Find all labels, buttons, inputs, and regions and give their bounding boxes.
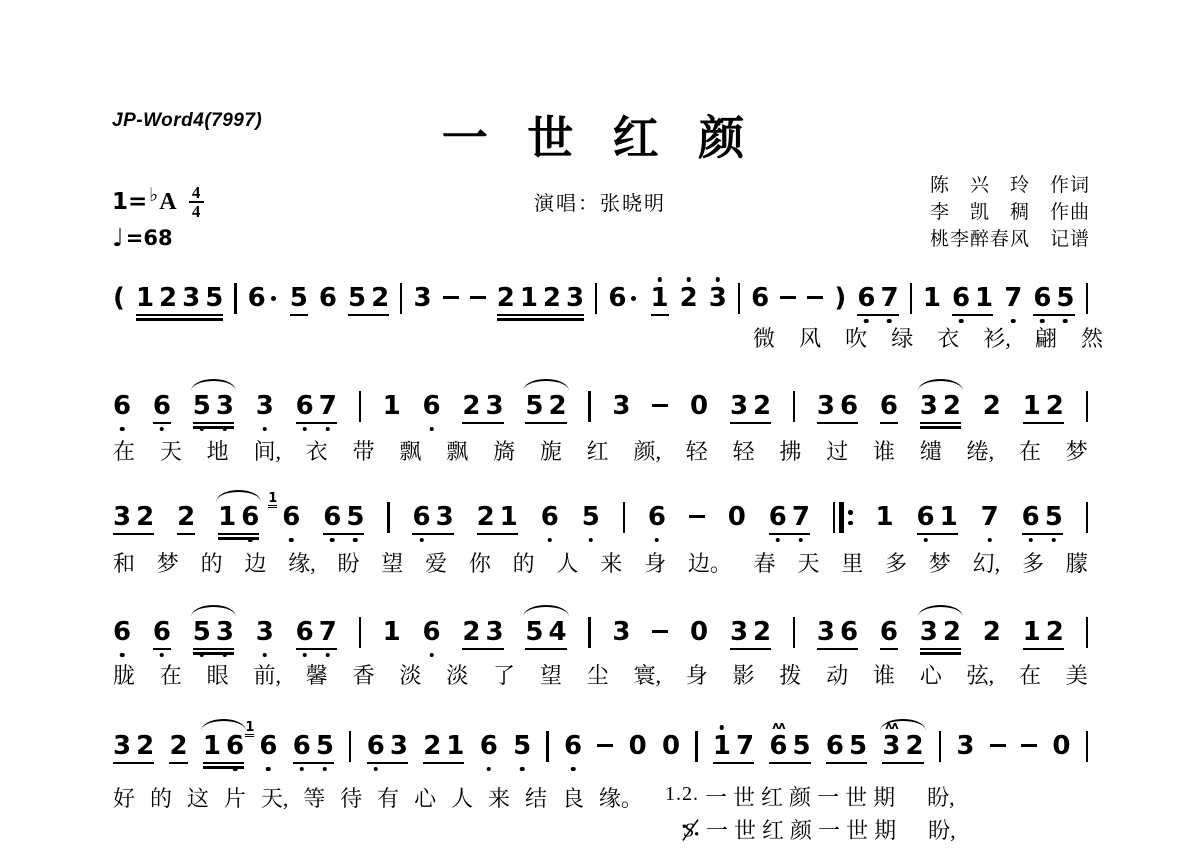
lyric-syllable: 拂 — [779, 435, 801, 466]
note: 1 — [446, 733, 464, 759]
note-group: 6 — [153, 383, 171, 433]
note-group: 0 — [1052, 723, 1070, 773]
note-group: 61 — [259, 723, 277, 773]
barline — [387, 502, 389, 533]
beam-line — [323, 533, 364, 535]
note: 1 — [975, 285, 993, 311]
beam-line — [880, 648, 898, 650]
note: 2 — [177, 504, 195, 530]
lyric-syllable: 结 — [525, 782, 547, 813]
lyric-syllable: 间, — [253, 435, 281, 466]
system-line-3: 3221661656321656067161765和梦的边缘,盼望爱你的人来身边… — [113, 494, 1088, 544]
lyric-syllable: 前, — [253, 659, 281, 690]
barline — [910, 283, 912, 314]
barline — [1086, 283, 1088, 314]
lyric-syllable: 身 — [644, 547, 666, 578]
lyric-syllable: 红 — [587, 435, 609, 466]
lyricist-credit: 陈 兴 玲 作词 — [930, 172, 1090, 199]
note: 6 — [880, 619, 898, 645]
mordent-icon: ʌʌ — [772, 721, 784, 731]
note-group: 54 — [525, 609, 566, 659]
lyric-syllable: 梦 — [157, 547, 179, 578]
note-group: 32 — [113, 494, 154, 544]
key-signature: 1=♭A 4 4 — [112, 186, 204, 218]
barline — [546, 731, 548, 762]
lyric-syllable: 片 — [224, 782, 246, 813]
note-group: 53 — [193, 609, 234, 659]
octave-dot-below — [923, 538, 928, 543]
lyric-syllable: 待 — [340, 782, 362, 813]
beam-line — [296, 648, 337, 650]
note-group: 5 — [290, 275, 308, 325]
note-group: 61 — [952, 275, 993, 325]
meter-denominator: 4 — [192, 205, 201, 218]
note: 0 — [629, 733, 647, 759]
lyric-syllable: 衣 — [306, 435, 328, 466]
note: 6 — [840, 393, 858, 419]
note: 1 — [383, 619, 401, 645]
time-signature: 4 4 — [189, 186, 204, 218]
lyric-syllable: 拨 — [779, 659, 801, 690]
note-group: 17 — [713, 723, 754, 773]
barline — [1086, 391, 1088, 422]
note: 2 — [943, 393, 961, 419]
octave-dot-below — [330, 538, 335, 543]
beam-line — [1023, 648, 1064, 650]
lyric-syllable: 尘 — [587, 659, 609, 690]
octave-dot-below — [353, 538, 358, 543]
dash — [807, 296, 823, 299]
note-group: 6 — [480, 723, 498, 773]
meter-numerator: 4 — [192, 186, 201, 199]
lyric-syllable: 春 — [754, 547, 776, 578]
note-group: 6 — [880, 383, 898, 433]
beam-line — [177, 533, 195, 535]
octave-dot-above — [716, 277, 721, 282]
lyric-syllable: 衣 — [937, 322, 959, 353]
note-group: 67 — [769, 494, 810, 544]
lyric-syllable: 飘 — [399, 435, 421, 466]
lyric-syllable: 心 — [920, 659, 942, 690]
note-row: 6653367162352303236632212 — [113, 383, 1088, 433]
note-group: 1 — [651, 275, 669, 325]
lyric-syllable: 地 — [207, 435, 229, 466]
note-group: 0 — [662, 723, 680, 773]
note: 2 — [477, 504, 495, 530]
note: 6 — [480, 733, 498, 759]
note: 5 — [1056, 285, 1074, 311]
lyric-syllable: 微 — [753, 322, 775, 353]
beam-line-2 — [193, 652, 234, 654]
note: 6 — [1033, 285, 1051, 311]
note: 3 — [956, 733, 974, 759]
beam-line-2 — [136, 318, 223, 320]
slur-arc — [191, 605, 236, 617]
beam-line — [651, 314, 669, 316]
note: 6 — [367, 733, 385, 759]
lyric-syllable: 天, — [261, 782, 289, 813]
note-group: 6 — [423, 609, 441, 659]
note-group: 1 — [383, 383, 401, 433]
note: 6 — [952, 285, 970, 311]
note-group: 65 — [826, 723, 867, 773]
note-group: 0 — [690, 609, 708, 659]
octave-dot-below — [776, 538, 781, 543]
beam-line — [412, 533, 453, 535]
lyric-syllable: 多 — [1022, 547, 1044, 578]
beam-line — [769, 762, 810, 764]
barline — [695, 731, 697, 762]
note: 5 — [346, 504, 364, 530]
note-group: 23 — [462, 383, 503, 433]
note: 6 — [423, 619, 441, 645]
barline — [359, 391, 361, 422]
note: 4 — [548, 619, 566, 645]
barline — [793, 391, 795, 422]
note: 1 — [218, 504, 236, 530]
note: 6 — [412, 504, 430, 530]
note-row: 6653367162354303236632212 — [113, 609, 1088, 659]
dash — [597, 744, 613, 747]
dash — [1021, 744, 1037, 747]
note-group: 63 — [412, 494, 453, 544]
note-group: 7 — [1004, 275, 1022, 325]
lyric-syllable: 在 — [1019, 435, 1041, 466]
lyric-syllable: 影 — [733, 659, 755, 690]
lyric-syllable: 动 — [826, 659, 848, 690]
lyric-row: 在天地间,衣带飘飘旖旎红颜,轻轻拂过谁缱绻,在梦 — [113, 435, 1088, 466]
lyric-syllable: 来 — [488, 782, 510, 813]
note-group: 6 — [153, 609, 171, 659]
lyric-syllable: 有 — [377, 782, 399, 813]
beam-line — [367, 762, 408, 764]
beam-line — [290, 314, 308, 316]
note: 3 — [730, 393, 748, 419]
beam-line — [917, 533, 958, 535]
note-group: 6 — [648, 494, 666, 544]
beam-line — [880, 422, 898, 424]
note-group: 2123 — [497, 275, 584, 325]
note: 2 — [548, 393, 566, 419]
lyric-syllable: 良 — [562, 782, 584, 813]
dash-note — [780, 275, 796, 313]
beam-line-2 — [193, 426, 234, 428]
note: 6 — [1022, 504, 1040, 530]
octave-dot-below — [289, 538, 294, 543]
barline — [939, 731, 941, 762]
lyric-syllable: 寰, — [633, 659, 661, 690]
beam-line — [817, 422, 858, 424]
lyric-syllable: 的 — [150, 782, 172, 813]
note: 1 — [500, 504, 518, 530]
note-group: 65 — [323, 494, 364, 544]
lyric-row: 微风吹绿衣衫,翩然 — [753, 322, 1103, 353]
lyric-syllable: 爱 — [425, 547, 447, 578]
note: 1 — [713, 733, 731, 759]
note: 3 — [436, 504, 454, 530]
note: 5 — [193, 393, 211, 419]
lyric-syllable: 世 — [733, 781, 755, 812]
note: 3 — [256, 393, 274, 419]
beam-line — [296, 422, 337, 424]
repeat-thick-bar — [839, 502, 844, 533]
octave-dot-below — [987, 538, 992, 543]
note: 1 — [1023, 393, 1041, 419]
note: 2 — [159, 285, 177, 311]
octave-dot-below — [326, 427, 331, 432]
note-group: 63 — [367, 723, 408, 773]
octave-dot-above — [657, 277, 662, 282]
note: 3 — [817, 393, 835, 419]
note: 3 — [216, 393, 234, 419]
lyric-syllable: 望 — [381, 547, 403, 578]
system-line-5: 322166165632165600176ʌʌ5653ʌʌ230好的这片天,等待… — [113, 723, 1088, 773]
note-group: 53 — [193, 383, 234, 433]
note: 5 — [513, 733, 531, 759]
note-group: 6 — [608, 275, 639, 325]
lyric-syllable: 吹 — [845, 322, 867, 353]
lyric-syllable: 旖 — [493, 435, 515, 466]
note: 1 — [520, 285, 538, 311]
dash — [652, 404, 668, 407]
note-group: 6 — [541, 494, 559, 544]
octave-dot-below — [589, 538, 594, 543]
beam-line — [882, 762, 923, 764]
note: 2 — [371, 285, 389, 311]
paren-char: ) — [834, 285, 846, 311]
lyric-syllable: 的 — [513, 547, 535, 578]
note-group: 2 — [983, 609, 1001, 659]
note: 2 — [169, 733, 187, 759]
note: 6ʌʌ — [769, 733, 787, 759]
note: 6 — [293, 733, 311, 759]
octave-dot-below — [120, 653, 125, 658]
note-group: 1 — [383, 609, 401, 659]
note: 2 — [905, 733, 923, 759]
octave-dot-below — [571, 767, 576, 772]
note: 6 — [323, 504, 341, 530]
dash — [443, 296, 459, 299]
lyric-syllable: 谁 — [873, 435, 895, 466]
octave-dot-below — [302, 427, 307, 432]
note: 5 — [525, 393, 543, 419]
lyric-row: 好的这片天,等待有心人来结良缘。 — [113, 782, 643, 813]
octave-dot-below — [1052, 538, 1057, 543]
lyric-syllable: 轻 — [686, 435, 708, 466]
note-group: 0 — [728, 494, 746, 544]
tempo-marking: ♩ =68 — [112, 226, 173, 250]
system-line-4: 6653367162354303236632212胧在眼前,馨香淡淡了望尘寰,身… — [113, 609, 1088, 659]
octave-dot-below — [374, 767, 379, 772]
note: 3 — [612, 619, 630, 645]
lyric-syllable: 梦 — [929, 547, 951, 578]
lyric-row: S一世红颜一世期盼, — [681, 814, 1025, 845]
beam-line-2 — [497, 318, 584, 320]
augmentation-dot — [631, 285, 639, 311]
note: 0 — [690, 393, 708, 419]
barline — [1086, 502, 1088, 533]
note: 1 — [923, 285, 941, 311]
verse-label: 1.2. — [665, 781, 699, 812]
octave-dot-below — [302, 653, 307, 658]
note: 3 — [920, 393, 938, 419]
note-group: 36 — [817, 383, 858, 433]
octave-dot-below — [486, 767, 491, 772]
slur-arc — [918, 605, 963, 617]
note: 2 — [462, 393, 480, 419]
lyric-syllable: 边 — [244, 547, 266, 578]
note: 1 — [651, 285, 669, 311]
sheet-music-page: JP-Word4(7997) 一 世 红 颜 演唱：张晓明 陈 兴 玲 作词 李… — [0, 0, 1200, 850]
lyric-syllable: 边。 — [688, 547, 732, 578]
note: 6 — [423, 393, 441, 419]
beam-line — [423, 762, 464, 764]
lyric-syllable: 在 — [1019, 659, 1041, 690]
note-group: 36 — [817, 609, 858, 659]
note: 3 — [216, 619, 234, 645]
note: 6 — [153, 619, 171, 645]
note: 1 — [136, 285, 154, 311]
note: 1 — [203, 733, 221, 759]
note-group: 7 — [981, 494, 999, 544]
slur-arc — [523, 379, 568, 391]
note: 6 — [296, 619, 314, 645]
note: 2 — [136, 504, 154, 530]
note: 3 — [612, 393, 630, 419]
beam-line — [730, 648, 771, 650]
note-group: 3 — [612, 609, 630, 659]
dash — [990, 744, 1006, 747]
beam-line — [920, 648, 961, 650]
beam-line-2 — [920, 652, 961, 654]
barline — [588, 391, 590, 422]
note: 3 — [390, 733, 408, 759]
note: 5 — [792, 733, 810, 759]
barline — [1086, 617, 1088, 648]
dash-note — [652, 383, 668, 421]
note: 2 — [462, 619, 480, 645]
note: 6 — [857, 285, 875, 311]
note: 6 — [113, 619, 131, 645]
quarter-note-icon: ♩ — [112, 228, 124, 248]
beam-line — [203, 762, 244, 764]
lyric-syllable: 缱 — [920, 435, 942, 466]
barline — [400, 283, 402, 314]
note: 6 — [751, 285, 769, 311]
lyric-syllable: 香 — [353, 659, 375, 690]
note: 6 — [917, 504, 935, 530]
beam-line — [525, 648, 566, 650]
note-group: 3 — [413, 275, 431, 325]
octave-dot-below — [655, 538, 660, 543]
note-group: 12 — [1023, 609, 1064, 659]
lyric-syllable: 盼, — [927, 781, 955, 812]
lyric-syllable: 弦, — [967, 659, 995, 690]
note-group: 2 — [680, 275, 698, 325]
note: 7 — [319, 393, 337, 419]
lyric-syllable: 轻 — [733, 435, 755, 466]
note-group: 6 — [751, 275, 769, 325]
note: 5 — [582, 504, 600, 530]
note-group: 32 — [730, 609, 771, 659]
note: 5 — [316, 733, 334, 759]
note: 2 — [136, 733, 154, 759]
lyric-syllable: 馨 — [306, 659, 328, 690]
note-group: 1235 — [136, 275, 223, 325]
note: 2 — [680, 285, 698, 311]
note: 5 — [849, 733, 867, 759]
note: 2 — [497, 285, 515, 311]
beam-line — [1023, 422, 1064, 424]
beam-line — [769, 533, 810, 535]
lyric-syllable: 一 — [817, 781, 839, 812]
barline — [793, 617, 795, 648]
beam-line — [136, 314, 223, 316]
note: 6 — [880, 393, 898, 419]
lyric-syllable: 盼 — [337, 547, 359, 578]
dash-note — [1021, 723, 1037, 761]
note: 3 — [256, 619, 274, 645]
note-group: 6 — [113, 609, 131, 659]
beam-line-2 — [203, 766, 244, 768]
dash — [652, 630, 668, 633]
beam-line — [952, 314, 993, 316]
note: 2 — [1046, 393, 1064, 419]
note-group: 23 — [462, 609, 503, 659]
system-line-2: 6653367162352303236632212在天地间,衣带飘飘旖旎红颜,轻… — [113, 383, 1088, 433]
note-group: 6 — [248, 275, 279, 325]
dash-note — [470, 275, 486, 313]
octave-dot-below — [799, 538, 804, 543]
dash — [470, 296, 486, 299]
octave-dot-below — [547, 538, 552, 543]
octave-dot-below — [419, 538, 424, 543]
note: 5 — [205, 285, 223, 311]
barline — [234, 283, 236, 314]
note: 1 — [383, 393, 401, 419]
note-group: 2 — [983, 383, 1001, 433]
note: 6 — [564, 733, 582, 759]
note: 3 — [486, 393, 504, 419]
note-group: 6 — [113, 383, 131, 433]
lyric-syllable: 飘 — [446, 435, 468, 466]
note-group: 61 — [917, 494, 958, 544]
song-title: 一 世 红 颜 — [0, 102, 1200, 168]
beam-line — [462, 648, 503, 650]
lyric-syllable: 朦 — [1066, 547, 1088, 578]
note-group: 12 — [1023, 383, 1064, 433]
note: 2 — [943, 619, 961, 645]
beam-line — [857, 314, 898, 316]
note: 3 — [920, 619, 938, 645]
lyric-syllable: 多 — [885, 547, 907, 578]
note: 61 — [259, 733, 277, 759]
lyric-syllable: 美 — [1066, 659, 1088, 690]
note: 5 — [1045, 504, 1063, 530]
octave-dot-above — [720, 725, 725, 730]
beam-line — [730, 422, 771, 424]
note: 7 — [880, 285, 898, 311]
barline — [588, 617, 590, 648]
octave-dot-below — [300, 767, 305, 772]
note-group: 21 — [423, 723, 464, 773]
note-group: 6 — [423, 383, 441, 433]
paren-char: ( — [113, 285, 125, 311]
octave-dot-below — [266, 767, 271, 772]
grace-note: 1 — [245, 722, 254, 737]
note: 2 — [423, 733, 441, 759]
key-tonic: A — [159, 189, 176, 216]
